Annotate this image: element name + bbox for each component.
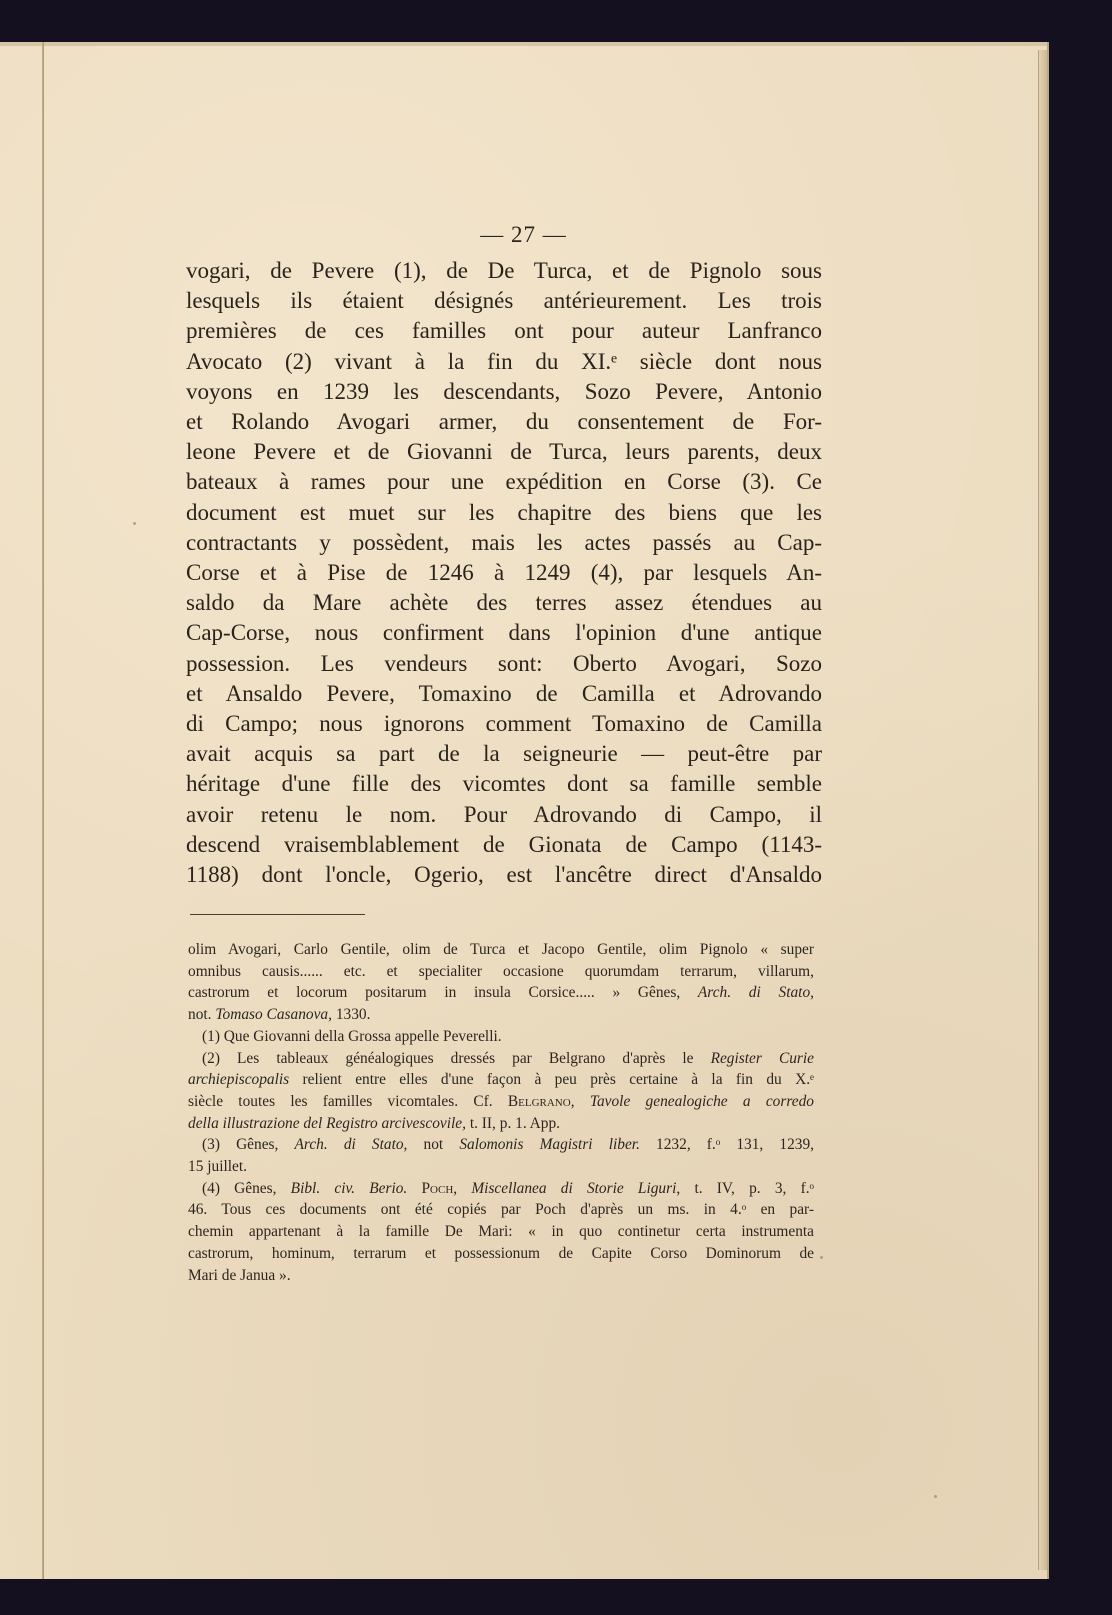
body-text-line: leone Pevere et de Giovanni de Turca, le… [186, 437, 822, 467]
footnote-text: Arch. di Stato [295, 1136, 404, 1153]
footnote-text: 46. Tous ces documents ont été copiés pa… [188, 1201, 814, 1218]
footnote-text: relient entre elles d'une façon à peu pr… [289, 1071, 814, 1088]
footnote-text: 1330. [332, 1006, 370, 1023]
footnote-4-line: (4) Gênes, Bibl. civ. Berio. Poch, Misce… [188, 1178, 814, 1200]
footnote-text: olim Avogari, Carlo Gentile, olim de Tur… [188, 941, 814, 958]
footnote-text: Register Curie [711, 1050, 814, 1067]
body-text-line: et Ansaldo Pevere, Tomaxino de Camilla e… [186, 679, 822, 709]
body-text-line: document est muet sur les chapitre des b… [186, 498, 822, 528]
body-text-line: bateaux à rames pour une expédition en C… [186, 467, 822, 497]
body-text-line: descend vraisemblablement de Gionata de … [186, 830, 822, 860]
body-text-line: et Rolando Avogari armer, du consentemen… [186, 407, 822, 437]
footnote-4-line: 46. Tous ces documents ont été copiés pa… [188, 1199, 814, 1221]
footnote-continuation-line: castrorum et locorum positarum in insula… [188, 982, 814, 1004]
footnote-text: castrorum, hominum, terrarum et possessi… [188, 1245, 814, 1262]
footnote-text: chemin appartenant à la famille De Mari:… [188, 1223, 814, 1240]
body-text-line: vogari, de Pevere (1), de De Turca, et d… [186, 256, 822, 286]
footnote-text: Bibl. civ. Berio. [291, 1180, 408, 1197]
page-top-edge [0, 42, 1047, 46]
paper-speck [820, 1256, 823, 1259]
footnote-text: castrorum et locorum positarum in insula… [188, 984, 698, 1001]
footnote-3-line: (3) Gênes, Arch. di Stato, not Salomonis… [188, 1134, 814, 1156]
footnotes: olim Avogari, Carlo Gentile, olim de Tur… [188, 939, 814, 1286]
body-text-line: di Campo; nous ignorons comment Tomaxino… [186, 709, 822, 739]
footnote-text: , t. IV, p. 3, f.ᵒ [676, 1180, 814, 1197]
footnote-text: not. [188, 1006, 215, 1023]
body-text-line: héritage d'une fille des vicomtes dont s… [186, 769, 822, 799]
body-text-line: contractants y possèdent, mais les actes… [186, 528, 822, 558]
body-text: vogari, de Pevere (1), de De Turca, et d… [186, 256, 822, 890]
page-fold-line [42, 42, 44, 1579]
body-text-line: Cap-Corse, nous confirment dans l'opinio… [186, 618, 822, 648]
footnote-text: omnibus causis...... etc. et specialiter… [188, 963, 814, 980]
footnote-text: Miscellanea di Storie Liguri [471, 1180, 676, 1197]
footnote-continuation-line: olim Avogari, Carlo Gentile, olim de Tur… [188, 939, 814, 961]
body-text-line: Avocato (2) vivant à la fin du XI.ᵉ sièc… [186, 347, 822, 377]
body-text-line: Corse et à Pise de 1246 à 1249 (4), par … [186, 558, 822, 588]
body-text-line: voyons en 1239 les descendants, Sozo Pev… [186, 377, 822, 407]
footnote-text: Tomaso Casanova, [215, 1006, 332, 1023]
footnote-continuation-line: omnibus causis...... etc. et specialiter… [188, 961, 814, 983]
footnote-2-line: della illustrazione del Registro arcives… [188, 1113, 814, 1135]
body-text-line: saldo da Mare achète des terres assez ét… [186, 588, 822, 618]
body-text-line: possession. Les vendeurs sont: Oberto Av… [186, 649, 822, 679]
footnote-text: della illustrazione del Registro arcives… [188, 1115, 466, 1132]
footnote-1-line: (1) Que Giovanni della Grossa appelle Pe… [188, 1026, 814, 1048]
footnote-text: (2) Les tableaux généalogiques dressés p… [202, 1050, 711, 1067]
footnote-text: t. II, p. 1. App. [466, 1115, 560, 1132]
footnote-2-line: (2) Les tableaux généalogiques dressés p… [188, 1048, 814, 1070]
footnote-text: , not [404, 1136, 460, 1153]
footnote-2-line: siècle toutes les familles vicomtales. C… [188, 1091, 814, 1113]
footnote-text: 1232, f.ᵒ 131, 1239, [640, 1136, 814, 1153]
body-text-line: avait acquis sa part de la seigneurie — … [186, 739, 822, 769]
footnote-text: Arch. di Stato, [698, 984, 814, 1001]
body-text-line: avoir retenu le nom. Pour Adrovando di C… [186, 800, 822, 830]
footnote-text: 15 juillet. [188, 1158, 247, 1175]
footnote-4-line: castrorum, hominum, terrarum et possessi… [188, 1243, 814, 1265]
footnote-3-line: 15 juillet. [188, 1156, 814, 1178]
footnote-separator [190, 914, 365, 915]
footnote-text: archiepiscopalis [188, 1071, 289, 1088]
footnote-text: Salomonis Magistri liber. [459, 1136, 640, 1153]
footnote-text: , [453, 1180, 471, 1197]
body-text-line: lesquels ils étaient désignés antérieure… [186, 286, 822, 316]
body-text-line: 1188) dont l'oncle, Ogerio, est l'ancêtr… [186, 860, 822, 890]
footnote-text: siècle toutes les familles vicomtales. C… [188, 1093, 508, 1110]
footnote-2-line: archiepiscopalis relient entre elles d'u… [188, 1069, 814, 1091]
footnote-4-line: chemin appartenant à la famille De Mari:… [188, 1221, 814, 1243]
footnote-text: (3) Gênes, [202, 1136, 295, 1153]
footnote-text: , [571, 1093, 590, 1110]
paper-speck [133, 522, 136, 525]
body-text-line: premières de ces familles ont pour auteu… [186, 316, 822, 346]
page-number: — 27 — [0, 222, 1047, 248]
footnote-text: Mari de Janua ». [188, 1267, 291, 1284]
book-page: — 27 — vogari, de Pevere (1), de De Turc… [0, 42, 1049, 1579]
footnote-4-line: Mari de Janua ». [188, 1265, 814, 1287]
footnote-text [407, 1180, 421, 1197]
footnote-text: (4) Gênes, [202, 1180, 291, 1197]
footnote-text: (1) Que Giovanni della Grossa appelle Pe… [202, 1028, 502, 1045]
paper-speck [934, 1495, 937, 1498]
footnote-continuation-line: not. Tomaso Casanova, 1330. [188, 1004, 814, 1026]
footnote-text: Poch [421, 1180, 453, 1197]
page-stack-edge [1038, 50, 1047, 1570]
footnote-text: Tavole genealogiche a corredo [590, 1093, 814, 1110]
footnote-text: Belgrano [508, 1093, 571, 1110]
